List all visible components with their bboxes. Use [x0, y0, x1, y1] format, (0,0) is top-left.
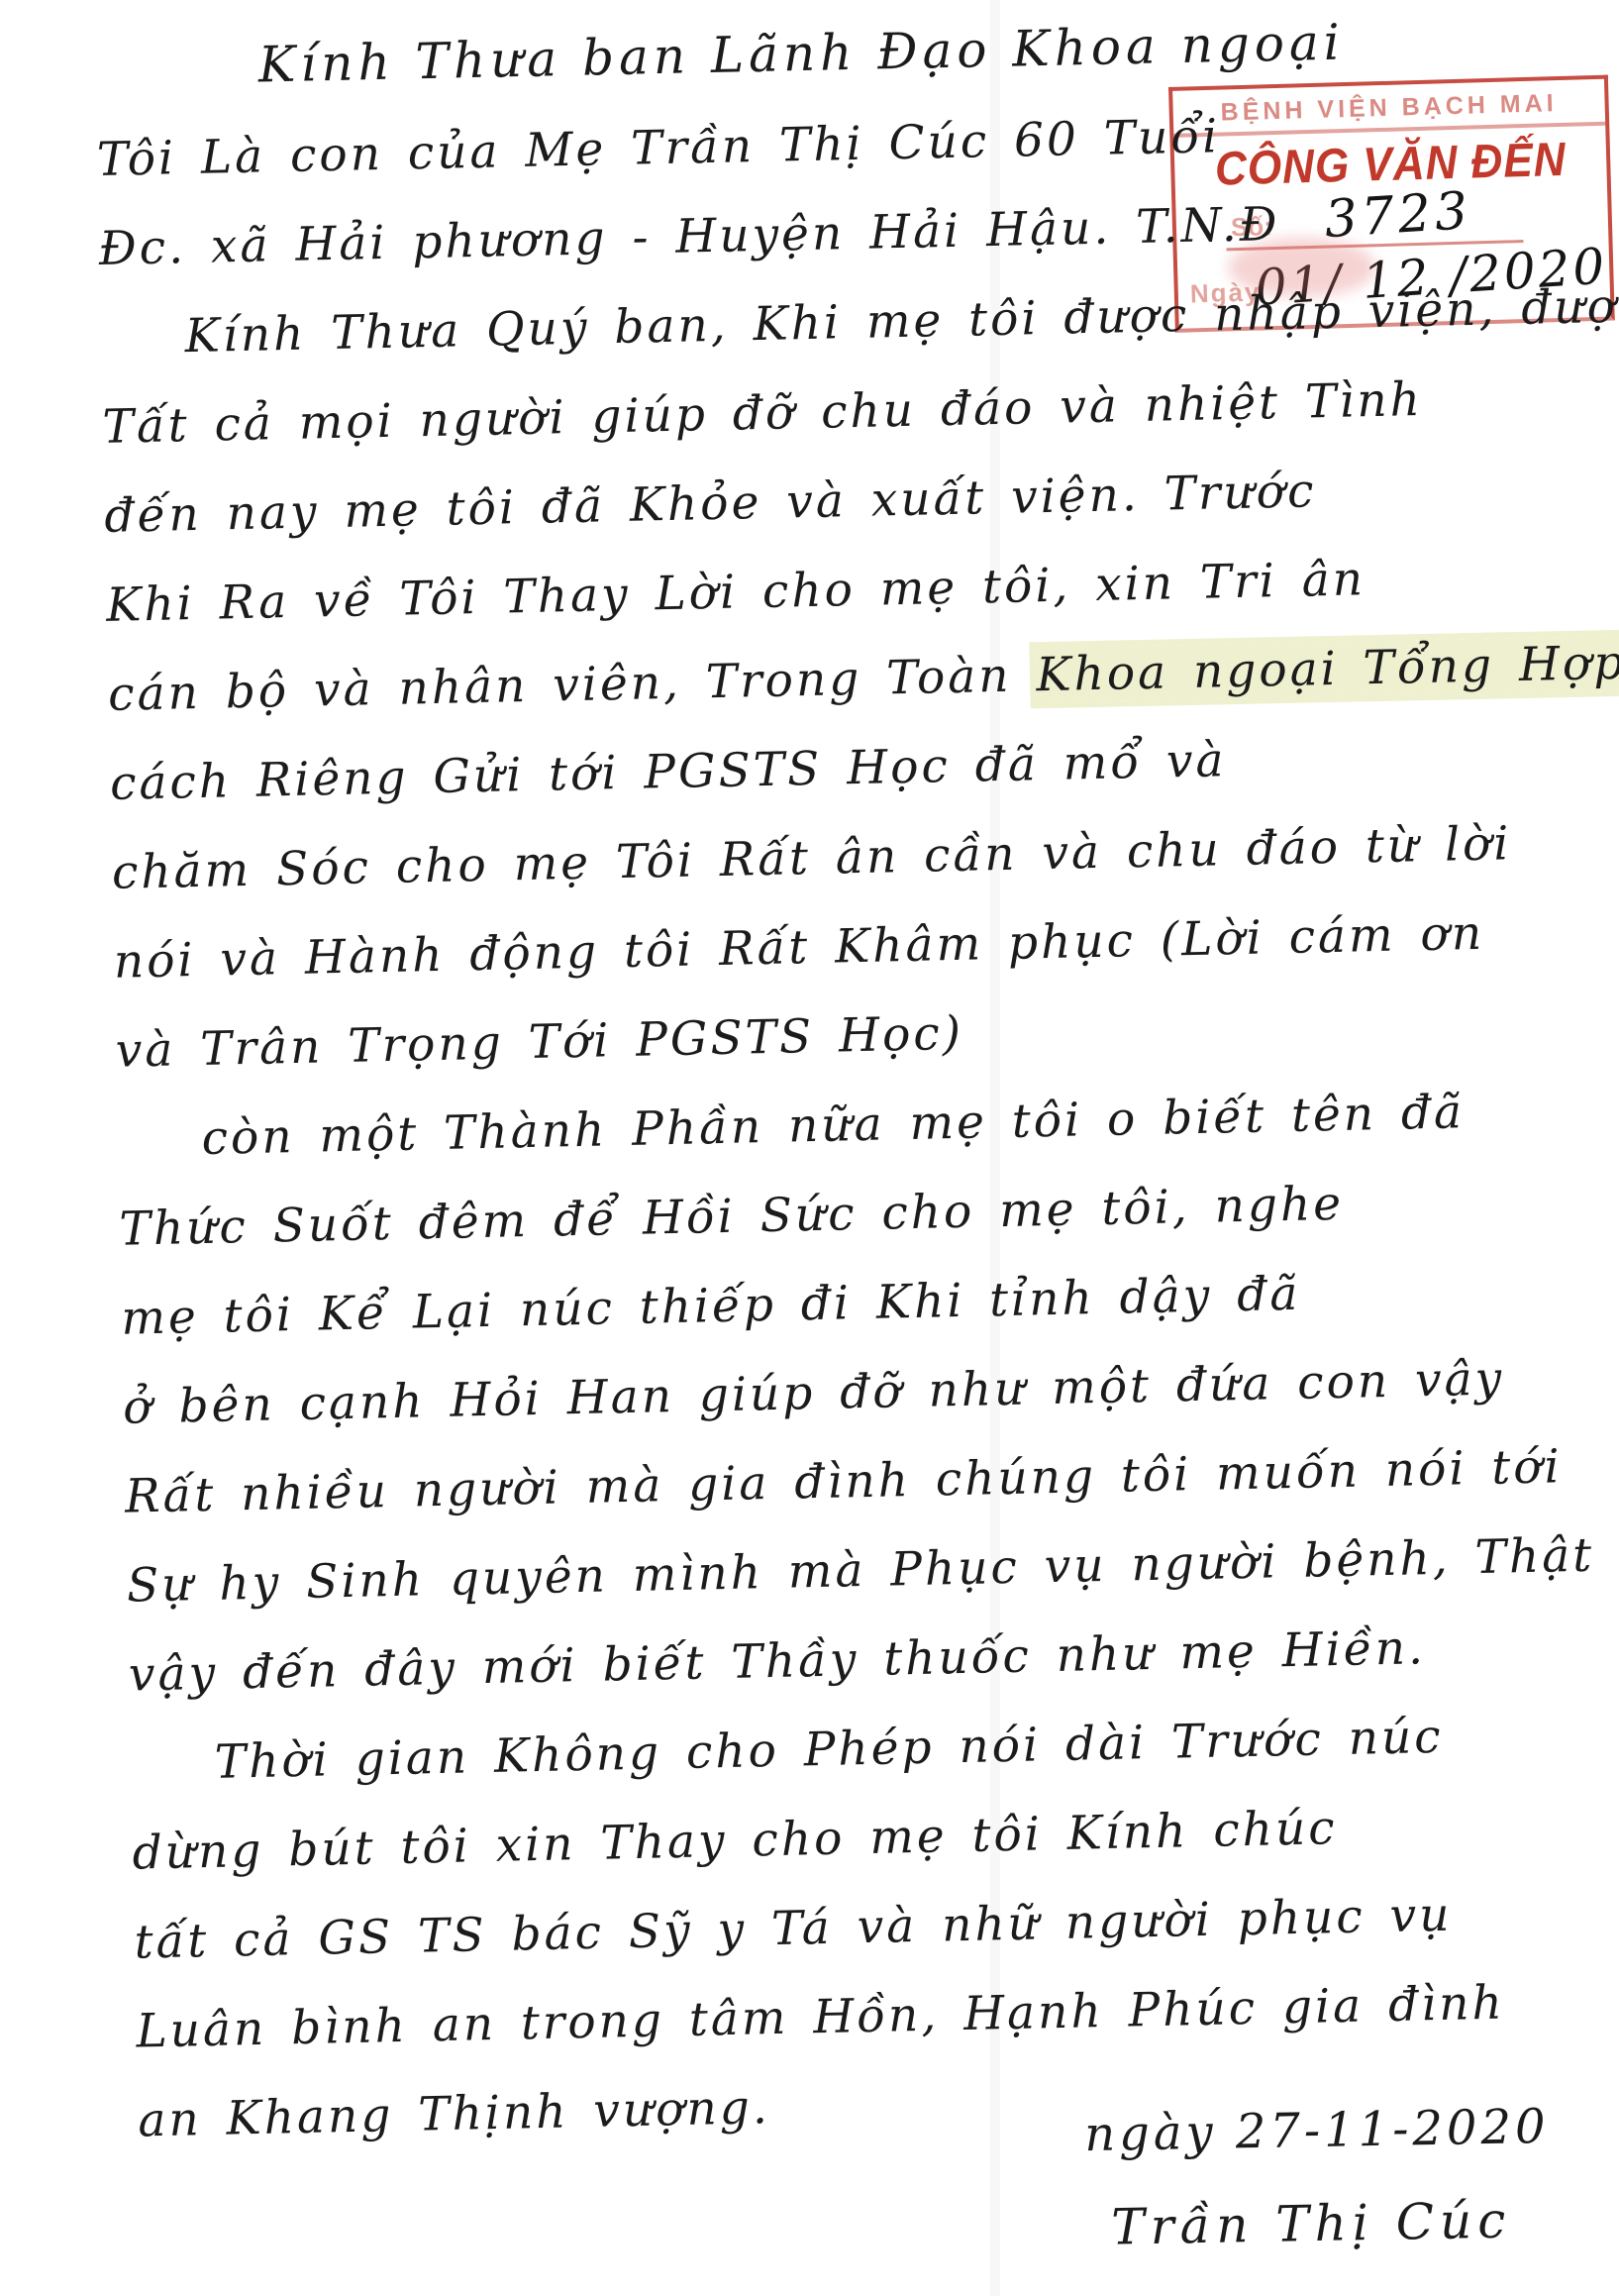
letter-text: mẹ tôi Kể Lại núc thiếp đi Khi tỉnh dậy … — [121, 1267, 1301, 1346]
letter-text: và Trân Trọng Tới PGSTS Học) — [115, 1006, 963, 1079]
letter-text: Luân bình an trong tâm Hồn, Hạnh Phúc gi… — [136, 1976, 1505, 2059]
letter-body: Tôi Là con của Mẹ Trần Thị Cúc 60 TuổiĐc… — [96, 84, 1619, 2165]
letter-text: an Khang Thịnh vượng. — [138, 2080, 770, 2147]
letter-text: đến nay mẹ tôi đã Khỏe và xuất viện. Trư… — [104, 464, 1317, 544]
letter-text: còn một Thành Phần nữa mẹ tôi o biết tên… — [201, 1085, 1466, 1166]
letter-text: Sự hy Sinh quyên mình mà Phục vụ người b… — [127, 1528, 1595, 1614]
letter-text: Đc. xã Hải phương - Huyện Hải Hậu. T.N.Đ — [98, 197, 1280, 276]
highlighted-text: Khoa ngoại Tổng Hợp — [1036, 636, 1619, 702]
signature-name: Trần Thị Cúc — [1085, 2172, 1552, 2275]
paragraph: Kính Thưa Quý ban, Khi mẹ tôi được nhập … — [100, 262, 1612, 1096]
letter-text: vậy đến đây mới biết Thầy thuốc như mẹ H… — [128, 1620, 1426, 1702]
paragraph: còn một Thành Phần nữa mẹ tôi o biết tên… — [117, 1065, 1619, 1720]
scanned-letter-page: BỆNH VIỆN BẠCH MAI CÔNG VĂN ĐẾN Số: 3723… — [0, 0, 1619, 2296]
letter-text: ở bên cạnh Hỏi Han giúp đỡ như một đứa c… — [123, 1351, 1505, 1434]
paragraph: Tôi Là con của Mẹ Trần Thị Cúc 60 TuổiĐc… — [96, 84, 1594, 294]
letter-text: Tất cả mọi người giúp đỡ chu đáo và nhiệ… — [102, 372, 1423, 455]
letter-text: tất cả GS TS bác Sỹ y Tá và nhữ người ph… — [134, 1888, 1453, 1970]
letter-text: Kính Thưa Quý ban, Khi mẹ tôi được nhập … — [184, 278, 1619, 364]
letter-date: ngày 27-11-2020 — [1083, 2081, 1550, 2180]
letter-text: dừng bút tôi xin Thay cho mẹ tôi Kính ch… — [132, 1801, 1338, 1880]
letter: Kính Thưa ban Lãnh Đạo Khoa ngoại Tôi Là… — [94, 0, 1619, 2166]
letter-text: nói và Hành động tôi Rất Khâm phục (Lời … — [113, 906, 1484, 990]
letter-text: Rất nhiều người mà gia đình chúng tôi mu… — [125, 1439, 1564, 1523]
letter-text: cán bộ và nhân viên, Trong Toàn — [108, 648, 1037, 722]
letter-text: Tôi Là con của Mẹ Trần Thị Cúc 60 Tuổi — [96, 109, 1220, 187]
letter-text: Khi Ra về Tôi Thay Lời cho mẹ tôi, xin T… — [106, 552, 1366, 633]
letter-text: cách Riêng Gửi tới PGSTS Học đã mổ và — [110, 733, 1228, 811]
letter-text: Thời gian Không cho Phép nói dài Trước n… — [214, 1710, 1444, 1790]
letter-text: chăm Sóc cho mẹ Tôi Rất ân cần và chu đá… — [111, 816, 1512, 900]
letter-text: Thức Suốt đêm để Hồi Sức cho mẹ tôi, ngh… — [119, 1177, 1345, 1257]
letter-closing: ngày 27-11-2020 Trần Thị Cúc — [1083, 2081, 1552, 2275]
